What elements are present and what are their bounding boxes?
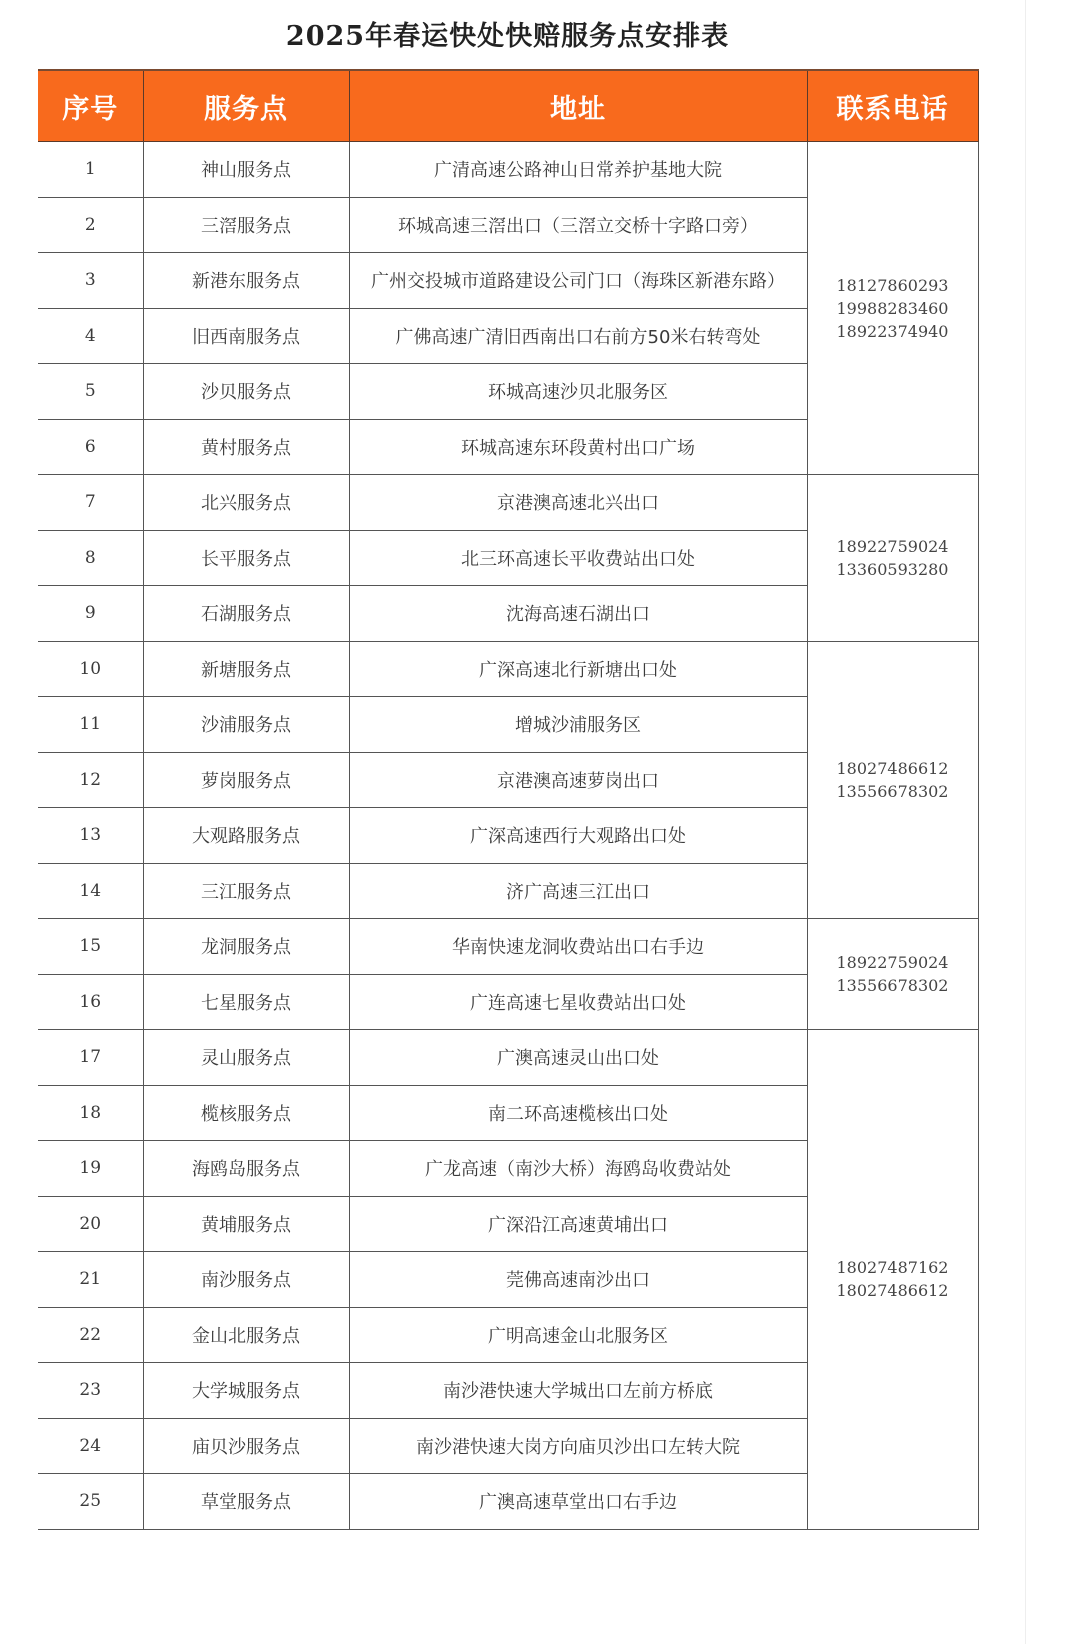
phone-group-4: 18922759024 13556678302 xyxy=(807,919,978,1030)
row-service-point: 三江服务点 xyxy=(143,863,349,919)
row-address: 广深沿江高速黄埔出口 xyxy=(349,1196,807,1252)
row-address: 环城高速沙贝北服务区 xyxy=(349,364,807,420)
row-index: 21 xyxy=(38,1252,143,1308)
row-index: 13 xyxy=(38,808,143,864)
row-service-point: 南沙服务点 xyxy=(143,1252,349,1308)
row-index: 11 xyxy=(38,697,143,753)
phone-group-5: 18027487162 18027486612 xyxy=(807,1030,978,1530)
row-address: 环城高速三滘出口（三滘立交桥十字路口旁） xyxy=(349,197,807,253)
row-address: 广澳高速灵山出口处 xyxy=(349,1030,807,1086)
header-service-point: 服务点 xyxy=(143,70,349,142)
row-index: 2 xyxy=(38,197,143,253)
page-title: 2025年春运快处快赔服务点安排表 xyxy=(0,14,1015,53)
row-address: 广连高速七星收费站出口处 xyxy=(349,974,807,1030)
row-index: 23 xyxy=(38,1363,143,1419)
row-address: 广佛高速广清旧西南出口右前方50米右转弯处 xyxy=(349,308,807,364)
row-address: 广明高速金山北服务区 xyxy=(349,1307,807,1363)
row-address: 广清高速公路神山日常养护基地大院 xyxy=(349,142,807,198)
row-index: 18 xyxy=(38,1085,143,1141)
row-address: 广州交投城市道路建设公司门口（海珠区新港东路） xyxy=(349,253,807,309)
row-address: 京港澳高速北兴出口 xyxy=(349,475,807,531)
row-service-point: 新港东服务点 xyxy=(143,253,349,309)
row-index: 17 xyxy=(38,1030,143,1086)
row-service-point: 神山服务点 xyxy=(143,142,349,198)
row-address: 广深高速北行新塘出口处 xyxy=(349,641,807,697)
row-address: 南沙港快速大岗方向庙贝沙出口左转大院 xyxy=(349,1418,807,1474)
row-index: 1 xyxy=(38,142,143,198)
phone-number: 13360593280 xyxy=(808,558,978,581)
row-service-point: 七星服务点 xyxy=(143,974,349,1030)
row-address: 南沙港快速大学城出口左前方桥底 xyxy=(349,1363,807,1419)
row-address: 北三环高速长平收费站出口处 xyxy=(349,530,807,586)
row-index: 15 xyxy=(38,919,143,975)
row-index: 5 xyxy=(38,364,143,420)
row-service-point: 龙洞服务点 xyxy=(143,919,349,975)
row-address: 华南快速龙洞收费站出口右手边 xyxy=(349,919,807,975)
row-service-point: 沙浦服务点 xyxy=(143,697,349,753)
service-point-table: 序号 服务点 地址 联系电话 1 神山服务点 广清高速公路神山日常养护基地大院 … xyxy=(38,69,979,1530)
row-service-point: 海鸥岛服务点 xyxy=(143,1141,349,1197)
row-service-point: 北兴服务点 xyxy=(143,475,349,531)
phone-number: 18027487162 xyxy=(808,1256,978,1279)
row-address: 广深高速西行大观路出口处 xyxy=(349,808,807,864)
row-service-point: 灵山服务点 xyxy=(143,1030,349,1086)
row-index: 9 xyxy=(38,586,143,642)
row-index: 22 xyxy=(38,1307,143,1363)
header-phone: 联系电话 xyxy=(807,70,978,142)
phone-number: 18027486612 xyxy=(808,757,978,780)
phone-number: 18922759024 xyxy=(808,535,978,558)
row-service-point: 三滘服务点 xyxy=(143,197,349,253)
phone-number: 18922759024 xyxy=(808,951,978,974)
row-index: 7 xyxy=(38,475,143,531)
table-row: 15 龙洞服务点 华南快速龙洞收费站出口右手边 18922759024 1355… xyxy=(38,919,978,975)
header-address: 地址 xyxy=(349,70,807,142)
table-row: 17 灵山服务点 广澳高速灵山出口处 18027487162 180274866… xyxy=(38,1030,978,1086)
row-service-point: 金山北服务点 xyxy=(143,1307,349,1363)
phone-number: 18027486612 xyxy=(808,1279,978,1302)
row-service-point: 大学城服务点 xyxy=(143,1363,349,1419)
header-index: 序号 xyxy=(38,70,143,142)
row-index: 25 xyxy=(38,1474,143,1530)
row-index: 19 xyxy=(38,1141,143,1197)
row-index: 8 xyxy=(38,530,143,586)
phone-number: 18127860293 xyxy=(808,274,978,297)
phone-group-1: 18127860293 19988283460 18922374940 xyxy=(807,142,978,475)
row-index: 14 xyxy=(38,863,143,919)
row-address: 莞佛高速南沙出口 xyxy=(349,1252,807,1308)
table-header-row: 序号 服务点 地址 联系电话 xyxy=(38,70,978,142)
row-index: 6 xyxy=(38,419,143,475)
row-index: 10 xyxy=(38,641,143,697)
row-address: 增城沙浦服务区 xyxy=(349,697,807,753)
row-address: 环城高速东环段黄村出口广场 xyxy=(349,419,807,475)
row-service-point: 黄村服务点 xyxy=(143,419,349,475)
table-row: 10 新塘服务点 广深高速北行新塘出口处 18027486612 1355667… xyxy=(38,641,978,697)
row-address: 济广高速三江出口 xyxy=(349,863,807,919)
row-index: 20 xyxy=(38,1196,143,1252)
row-service-point: 长平服务点 xyxy=(143,530,349,586)
page-edge-divider xyxy=(1025,0,1026,1644)
row-service-point: 草堂服务点 xyxy=(143,1474,349,1530)
row-service-point: 沙贝服务点 xyxy=(143,364,349,420)
phone-number: 18922374940 xyxy=(808,320,978,343)
phone-group-2: 18922759024 13360593280 xyxy=(807,475,978,642)
row-service-point: 新塘服务点 xyxy=(143,641,349,697)
phone-group-3: 18027486612 13556678302 xyxy=(807,641,978,919)
row-index: 3 xyxy=(38,253,143,309)
row-address: 沈海高速石湖出口 xyxy=(349,586,807,642)
table-row: 1 神山服务点 广清高速公路神山日常养护基地大院 18127860293 199… xyxy=(38,142,978,198)
row-index: 4 xyxy=(38,308,143,364)
row-address: 京港澳高速萝岗出口 xyxy=(349,752,807,808)
row-service-point: 石湖服务点 xyxy=(143,586,349,642)
row-index: 12 xyxy=(38,752,143,808)
row-address: 南二环高速榄核出口处 xyxy=(349,1085,807,1141)
row-service-point: 大观路服务点 xyxy=(143,808,349,864)
row-service-point: 黄埔服务点 xyxy=(143,1196,349,1252)
row-index: 24 xyxy=(38,1418,143,1474)
row-service-point: 旧西南服务点 xyxy=(143,308,349,364)
phone-number: 19988283460 xyxy=(808,297,978,320)
row-service-point: 庙贝沙服务点 xyxy=(143,1418,349,1474)
row-service-point: 榄核服务点 xyxy=(143,1085,349,1141)
table-row: 7 北兴服务点 京港澳高速北兴出口 18922759024 1336059328… xyxy=(38,475,978,531)
row-index: 16 xyxy=(38,974,143,1030)
row-service-point: 萝岗服务点 xyxy=(143,752,349,808)
row-address: 广龙高速（南沙大桥）海鸥岛收费站处 xyxy=(349,1141,807,1197)
row-address: 广澳高速草堂出口右手边 xyxy=(349,1474,807,1530)
phone-number: 13556678302 xyxy=(808,780,978,803)
phone-number: 13556678302 xyxy=(808,974,978,997)
